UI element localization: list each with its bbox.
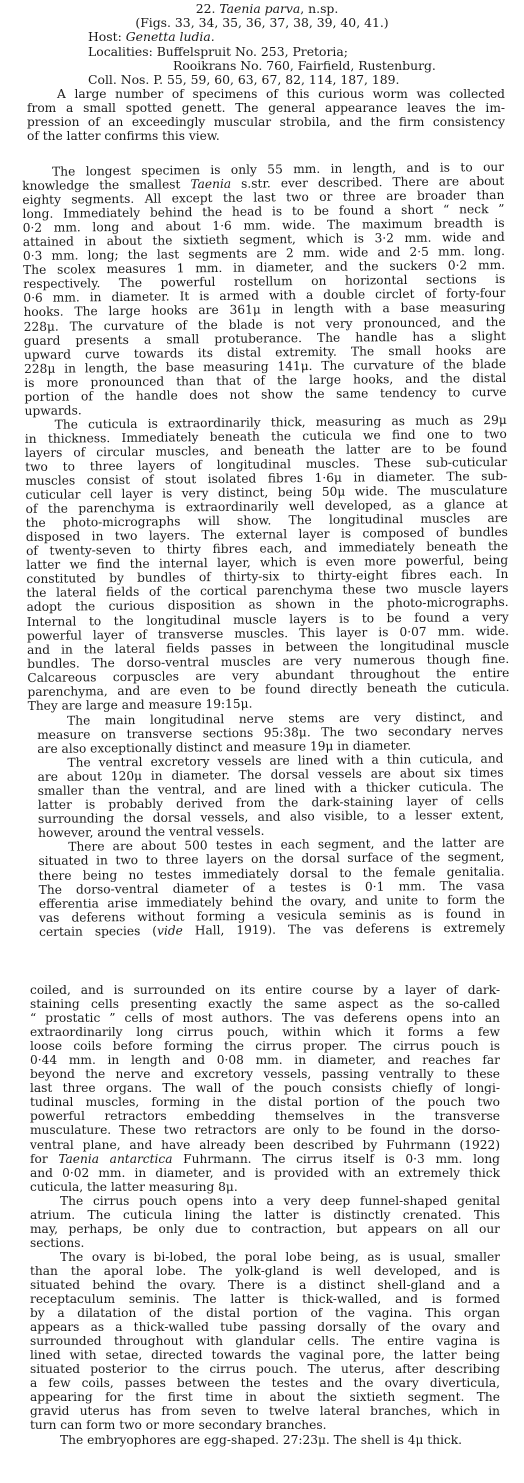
text-line: The ovary is bi-lobed, the poral lobe be… [30,1250,500,1264]
text-line: of the latter confirms this view. [27,129,505,143]
italic-taxon: vide [157,923,183,937]
figure-references: (Figs. 33, 34, 35, 36, 37, 38, 39, 40, 4… [0,16,524,30]
text-line: situated behind the ovary. There is a di… [30,1278,500,1292]
localities-line-2: Rooikrans No. 760, Fairfield, Rustenburg… [0,59,524,73]
morphology-paragraphs: The longest specimen is only 55 mm. in l… [22,160,510,713]
text-line: a few coils, passes between the testes a… [30,1376,500,1390]
species-header: 22. Taenia parva, n.sp. (Figs. 33, 34, 3… [0,2,524,87]
host-line: Host: Genetta ludia. [0,30,524,44]
text-line: ventral plane, and have already been des… [30,1138,500,1152]
text-line: A large number of specimens of this curi… [27,87,505,101]
intro-paragraph: A large number of specimens of this curi… [27,87,505,143]
text-line: from a small spotted genett. The general… [27,101,505,115]
text-line: gravid uterus has from seven to twelve l… [30,1404,500,1418]
text-line: cuticula, the latter measuring 8μ. [30,1180,500,1194]
text-line: last three organs. The wall of the pouch… [30,1081,500,1095]
text-line: extraordinarily long cirrus pouch, withi… [30,1025,500,1039]
text-line: atrium. The cuticula lining the latter i… [30,1208,500,1222]
text-line: may, perhaps, be only due to contraction… [30,1222,500,1236]
text-line: The cirrus pouch opens into a very deep … [30,1194,500,1208]
host-label: Host: [88,29,122,44]
text-line: situated posterior to the cirrus pouch. … [30,1362,500,1376]
text-line: “ prostatic ” cells of most authors. The… [30,1011,500,1025]
localities-value-2: Rooikrans No. 760, Fairfield, Rustenburg… [88,58,436,73]
text-line: lined with setae, directed towards the v… [30,1348,500,1362]
text-line: staining cells presenting exactly the sa… [30,997,500,1011]
text-line: and 0·02 mm. in diameter, and is provide… [30,1166,500,1180]
text-line: pression of an exceedingly muscular stro… [27,115,505,129]
species-suffix: , n.sp. [300,1,338,16]
text-line: coiled, and is surrounded on its entire … [30,983,500,997]
species-number: 22. [196,1,216,16]
text-line: for Taenia antarctica Fuhrmann. The cirr… [30,1152,500,1166]
text-line: appearing for the first time in about th… [30,1390,500,1404]
text-line: The embryophores are egg-shaped. 27:23μ.… [30,1433,500,1447]
italic-taxon: Taenia [190,177,231,191]
localities-label: Localities: [88,44,153,59]
text-line: tudinal muscles, forming in the distal p… [30,1095,500,1109]
text-line: by a dilatation of the distal portion of… [30,1306,500,1320]
text-line: receptaculum seminis. The latter is thic… [30,1292,500,1306]
genitalia-paragraphs: coiled, and is surrounded on its entire … [30,983,500,1447]
nerves-excretory-testes-paragraphs: The main longitudinal nerve stems are ve… [37,710,505,939]
collection-numbers: Coll. Nos. P. 55, 59, 60, 63, 67, 82, 11… [0,73,524,87]
text-line: musculature. These two retractors are on… [30,1123,500,1137]
host-value: Genetta ludia. [126,29,215,44]
species-title: 22. Taenia parva, n.sp. [0,2,524,16]
italic-taxon: Taenia antarctica [58,1152,172,1166]
text-line: appears as a thick-walled tube passing d… [30,1320,500,1334]
localities-line: Localities: Buffelspruit No. 253, Pretor… [0,45,524,59]
text-line: surrounded throughout with glandular cel… [30,1334,500,1348]
document-page: 22. Taenia parva, n.sp. (Figs. 33, 34, 3… [0,0,524,1483]
text-line: turn can form two or more secondary bran… [30,1418,500,1432]
text-line: loose coils before forming the cirrus pr… [30,1039,500,1053]
text-line: beyond the nerve and excretory vessels, … [30,1067,500,1081]
text-line: than the aporal lobe. The yolk-gland is … [30,1264,500,1278]
text-line: 0·44 mm. in length and 0·08 mm. in diame… [30,1053,500,1067]
species-name: Taenia parva [219,1,300,16]
localities-value-1: Buffelspruit No. 253, Pretoria; [157,44,348,59]
text-line: powerful retractors embedding themselves… [30,1109,500,1123]
text-line: sections. [30,1236,500,1250]
